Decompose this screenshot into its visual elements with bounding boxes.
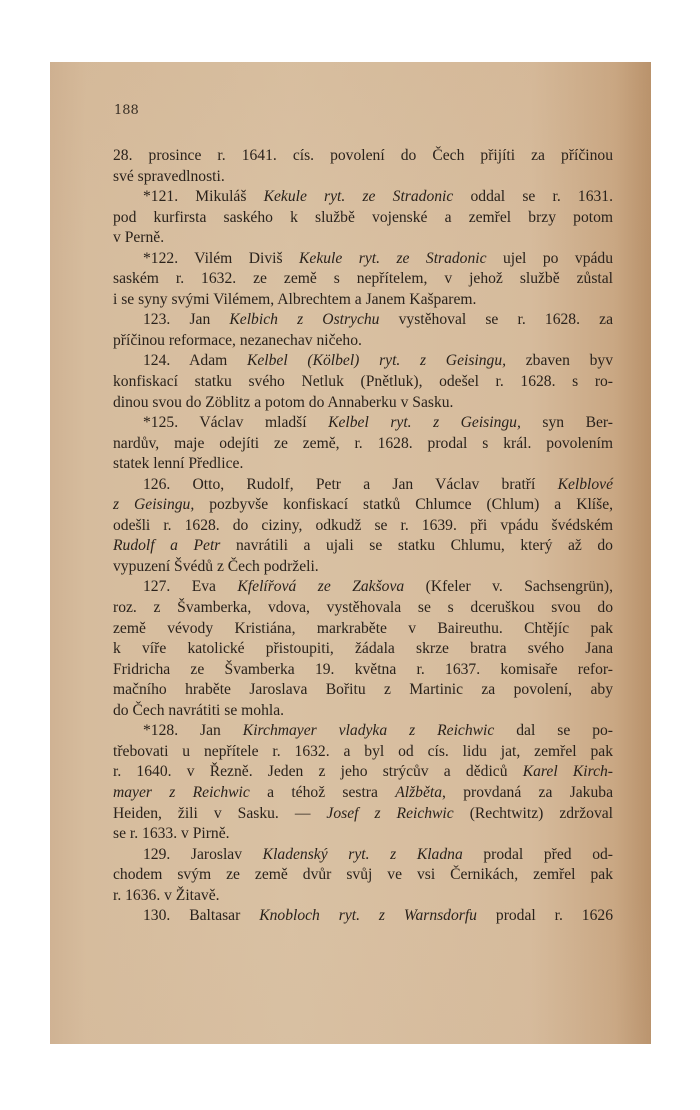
text-run: 129. Jaroslav: [143, 846, 263, 863]
text-line: z Geisingu, pozbyvše konfiskací statků C…: [113, 495, 613, 516]
page-text-body: 28. prosince r. 1641. cís. povolení do Č…: [113, 146, 613, 927]
italic-name: z Geisingu,: [113, 496, 194, 513]
book-page: 188 28. prosince r. 1641. cís. povolení …: [50, 62, 651, 1044]
text-line: příčinou reformace, nezanechav ničeho.: [113, 331, 613, 352]
italic-name: Kladenský ryt. z Kladna: [263, 846, 463, 863]
text-run: a téhož sestra: [250, 784, 395, 801]
italic-name: Kfelířová ze Zakšova: [237, 578, 404, 595]
italic-name: Kelbich z Ostrychu: [229, 311, 379, 328]
text-run: zbaven byv: [506, 352, 613, 369]
text-run: vypuzení Švédů z Čech podrželi.: [113, 558, 319, 575]
text-run: *128. Jan: [143, 722, 243, 739]
italic-name: Knobloch ryt. z Warnsdorfu: [259, 907, 477, 924]
text-run: odešli r. 1628. do ciziny, odkudž se r. …: [113, 517, 613, 534]
text-run: v Perně.: [113, 229, 164, 246]
text-line: chodem svým ze země dvůr svůj ve vsi Čer…: [113, 865, 613, 886]
italic-name: Kelbel (Kölbel) ryt. z Geisingu,: [247, 352, 506, 369]
text-run: pozbyvše konfiskací statků Chlumce (Chlu…: [194, 496, 613, 513]
text-line: 124. Adam Kelbel (Kölbel) ryt. z Geising…: [113, 351, 613, 372]
text-run: se r. 1633. v Pirně.: [113, 825, 230, 842]
text-run: prodal před od-: [463, 846, 613, 863]
text-line: do Čech navrátiti se mohla.: [113, 701, 613, 722]
text-run: navrátili a ujali se statku Chlumu, kter…: [220, 537, 613, 554]
text-line: Fridricha ze Švamberka 19. května r. 163…: [113, 660, 613, 681]
text-line: roz. z Švamberka, vdova, vystěhovala se …: [113, 598, 613, 619]
text-run: k víře katolické přistoupiti, žádala skr…: [113, 640, 613, 657]
italic-name: Karel Kirch-: [523, 763, 613, 780]
text-line: *121. Mikuláš Kekule ryt. ze Stradonic o…: [113, 187, 613, 208]
text-line: statek lenní Předlice.: [113, 454, 613, 475]
text-line: i se syny svými Vilémem, Albrechtem a Ja…: [113, 290, 613, 311]
text-line: *122. Vilém Diviš Kekule ryt. ze Stradon…: [113, 249, 613, 270]
text-line: třebovati u nepřítele r. 1632. a byl od …: [113, 742, 613, 763]
text-run: 123. Jan: [143, 311, 229, 328]
text-run: země vévody Kristiána, markraběte v Bair…: [113, 620, 613, 637]
text-run: pod kurfirsta saského k službě vojenské …: [113, 209, 613, 226]
text-line: 127. Eva Kfelířová ze Zakšova (Kfeler v.…: [113, 577, 613, 598]
text-run: oddal se r. 1631.: [453, 188, 613, 205]
text-line: konfiskací statku svého Netluk (Pnětluk)…: [113, 372, 613, 393]
text-run: r. 1640. v Řezně. Jeden z jeho strýcův a…: [113, 763, 523, 780]
text-line: Heiden, žili v Sasku. — Josef z Reichwic…: [113, 804, 613, 825]
text-line: nardův, maje odejíti ze země, r. 1628. p…: [113, 434, 613, 455]
italic-name: Rudolf a Petr: [113, 537, 220, 554]
text-line: mačního hraběte Jaroslava Bořitu z Marti…: [113, 680, 613, 701]
text-run: dal se po-: [494, 722, 613, 739]
text-line: své spravedlnosti.: [113, 167, 613, 188]
text-line: 130. Baltasar Knobloch ryt. z Warnsdorfu…: [113, 906, 613, 927]
text-run: do Čech navrátiti se mohla.: [113, 702, 284, 719]
text-run: roz. z Švamberka, vdova, vystěhovala se …: [113, 599, 613, 616]
text-run: (Rechtwitz) zdržoval: [454, 805, 613, 822]
text-line: r. 1640. v Řezně. Jeden z jeho strýcův a…: [113, 762, 613, 783]
text-run: příčinou reformace, nezanechav ničeho.: [113, 332, 362, 349]
text-run: ujel po vpádu: [487, 250, 613, 267]
text-line: země vévody Kristiána, markraběte v Bair…: [113, 619, 613, 640]
text-run: , provdaná za Jakuba: [442, 784, 613, 801]
text-run: syn Ber-: [521, 414, 613, 431]
italic-name: mayer z Reichwic: [113, 784, 250, 801]
page-number: 188: [114, 103, 139, 118]
text-run: Fridricha ze Švamberka 19. května r. 163…: [113, 661, 613, 678]
text-run: třebovati u nepřítele r. 1632. a byl od …: [113, 743, 613, 760]
text-line: Rudolf a Petr navrátili a ujali se statk…: [113, 536, 613, 557]
text-run: své spravedlnosti.: [113, 168, 225, 185]
italic-name: Alžběta: [395, 784, 442, 801]
text-run: mačního hraběte Jaroslava Bořitu z Marti…: [113, 681, 613, 698]
text-run: dinou svou do Zöblitz a potom do Annaber…: [113, 394, 453, 411]
text-line: vypuzení Švédů z Čech podrželi.: [113, 557, 613, 578]
text-line: dinou svou do Zöblitz a potom do Annaber…: [113, 393, 613, 414]
text-run: *125. Václav mladší: [143, 414, 328, 431]
text-line: *128. Jan Kirchmayer vladyka z Reichwic …: [113, 721, 613, 742]
text-run: 28. prosince r. 1641. cís. povolení do Č…: [113, 147, 613, 164]
text-line: *125. Václav mladší Kelbel ryt. z Geisin…: [113, 413, 613, 434]
italic-name: Kelbel ryt. z Geisingu,: [328, 414, 521, 431]
text-run: 127. Eva: [143, 578, 237, 595]
text-line: 126. Otto, Rudolf, Petr a Jan Václav bra…: [113, 475, 613, 496]
text-run: *121. Mikuláš: [143, 188, 264, 205]
text-run: i se syny svými Vilémem, Albrechtem a Ja…: [113, 291, 476, 308]
text-run: Heiden, žili v Sasku. —: [113, 805, 326, 822]
text-line: k víře katolické přistoupiti, žádala skr…: [113, 639, 613, 660]
text-run: statek lenní Předlice.: [113, 455, 243, 472]
text-run: prodal r. 1626: [477, 907, 613, 924]
italic-name: Kekule ryt. ze Stradonic: [299, 250, 487, 267]
text-line: saském r. 1632. ze země s nepřítelem, v …: [113, 269, 613, 290]
italic-name: Kelblové: [558, 476, 613, 493]
text-run: konfiskací statku svého Netluk (Pnětluk)…: [113, 373, 613, 390]
italic-name: Kekule ryt. ze Stradonic: [264, 188, 454, 205]
text-run: 126. Otto, Rudolf, Petr a Jan Václav bra…: [143, 476, 558, 493]
text-run: vystěhoval se r. 1628. za: [379, 311, 613, 328]
italic-name: Josef z Reichwic: [326, 805, 453, 822]
text-run: 124. Adam: [143, 352, 247, 369]
text-line: r. 1636. v Žitavě.: [113, 886, 613, 907]
text-run: nardův, maje odejíti ze země, r. 1628. p…: [113, 435, 613, 452]
text-line: v Perně.: [113, 228, 613, 249]
text-line: pod kurfirsta saského k službě vojenské …: [113, 208, 613, 229]
text-run: *122. Vilém Diviš: [143, 250, 299, 267]
text-line: mayer z Reichwic a téhož sestra Alžběta,…: [113, 783, 613, 804]
text-run: saském r. 1632. ze země s nepřítelem, v …: [113, 270, 613, 287]
text-run: 130. Baltasar: [143, 907, 259, 924]
text-run: r. 1636. v Žitavě.: [113, 887, 220, 904]
text-run: chodem svým ze země dvůr svůj ve vsi Čer…: [113, 866, 613, 883]
text-line: se r. 1633. v Pirně.: [113, 824, 613, 845]
text-line: 129. Jaroslav Kladenský ryt. z Kladna pr…: [113, 845, 613, 866]
text-run: (Kfeler v. Sachsengrün),: [404, 578, 613, 595]
italic-name: Kirchmayer vladyka z Reichwic: [243, 722, 495, 739]
text-line: 123. Jan Kelbich z Ostrychu vystěhoval s…: [113, 310, 613, 331]
text-line: odešli r. 1628. do ciziny, odkudž se r. …: [113, 516, 613, 537]
text-line: 28. prosince r. 1641. cís. povolení do Č…: [113, 146, 613, 167]
